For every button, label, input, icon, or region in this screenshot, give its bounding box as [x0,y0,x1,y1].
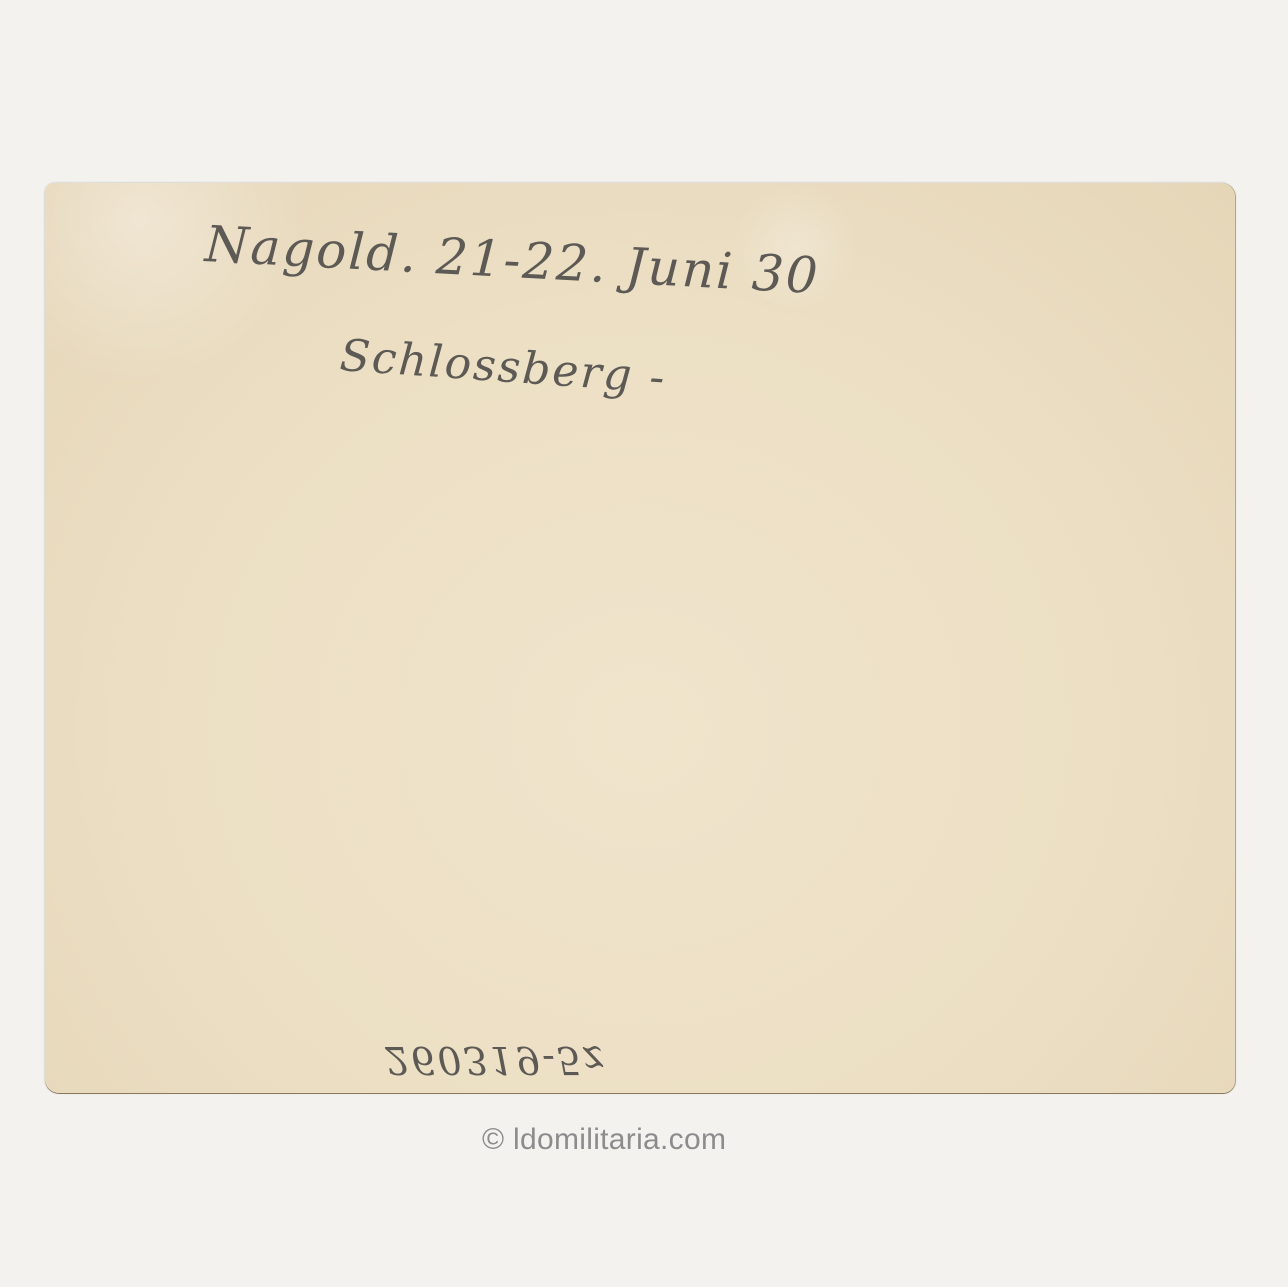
copyright-watermark: © ldomilitaria.com [482,1123,726,1157]
reference-number: 260319-5z [385,1038,605,1082]
photo-back-card [45,183,1235,1093]
